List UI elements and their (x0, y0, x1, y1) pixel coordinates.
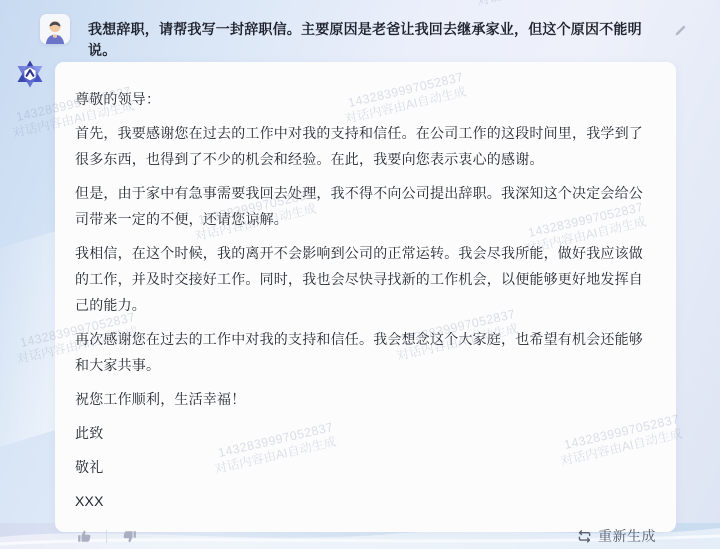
thumb-up-icon (76, 528, 93, 545)
letter-paragraph: 我相信，在这个时候，我的离开不会影响到公司的正常运转。我会尽我所能，做好我应该做… (75, 240, 656, 318)
edit-message-button[interactable] (672, 23, 688, 39)
letter-paragraph: 祝您工作顺利，生活幸福！ (75, 386, 656, 412)
thumb-up-button[interactable] (75, 527, 93, 545)
thumb-down-icon (121, 528, 138, 545)
user-message-text: 我想辞职，请帮我写一封辞职信。主要原因是老爸让我回去继承家业，但这个原因不能明说… (88, 14, 662, 61)
pencil-icon (673, 23, 688, 38)
user-message-row: 我想辞职，请帮我写一封辞职信。主要原因是老爸让我回去继承家业，但这个原因不能明说… (40, 14, 688, 61)
letter-paragraph: 但是，由于家中有急事需要我回去处理，我不得不向公司提出辞职。我深知这个决定会给公… (75, 180, 656, 232)
letter-paragraph: 尊敬的领导： (75, 86, 656, 112)
feedback-group (75, 527, 138, 545)
assistant-message-card: 尊敬的领导： 首先，我要感谢您在过去的工作中对我的支持和信任。在公司工作的这段时… (55, 62, 676, 532)
watermark: 1432839997052837对话内容由AI自动生成 (472, 0, 600, 9)
user-avatar (40, 14, 70, 44)
letter-paragraph: 首先，我要感谢您在过去的工作中对我的支持和信任。在公司工作的这段时间里，我学到了… (75, 120, 656, 172)
letter-paragraph: 此致 (75, 420, 656, 446)
letter-body: 尊敬的领导： 首先，我要感谢您在过去的工作中对我的支持和信任。在公司工作的这段时… (75, 86, 656, 514)
refresh-icon (577, 529, 592, 544)
regenerate-label: 重新生成 (598, 526, 656, 546)
feedback-divider (106, 530, 107, 543)
assistant-logo (15, 59, 45, 89)
thumb-down-button[interactable] (120, 527, 138, 545)
letter-paragraph: 敬礼 (75, 454, 656, 480)
letter-paragraph: 再次感谢您在过去的工作中对我的支持和信任。我会想念这个大家庭，也希望有机会还能够… (75, 326, 656, 378)
letter-paragraph: XXX (75, 488, 656, 514)
message-footer: 重新生成 (75, 526, 656, 546)
regenerate-button[interactable]: 重新生成 (577, 526, 656, 546)
